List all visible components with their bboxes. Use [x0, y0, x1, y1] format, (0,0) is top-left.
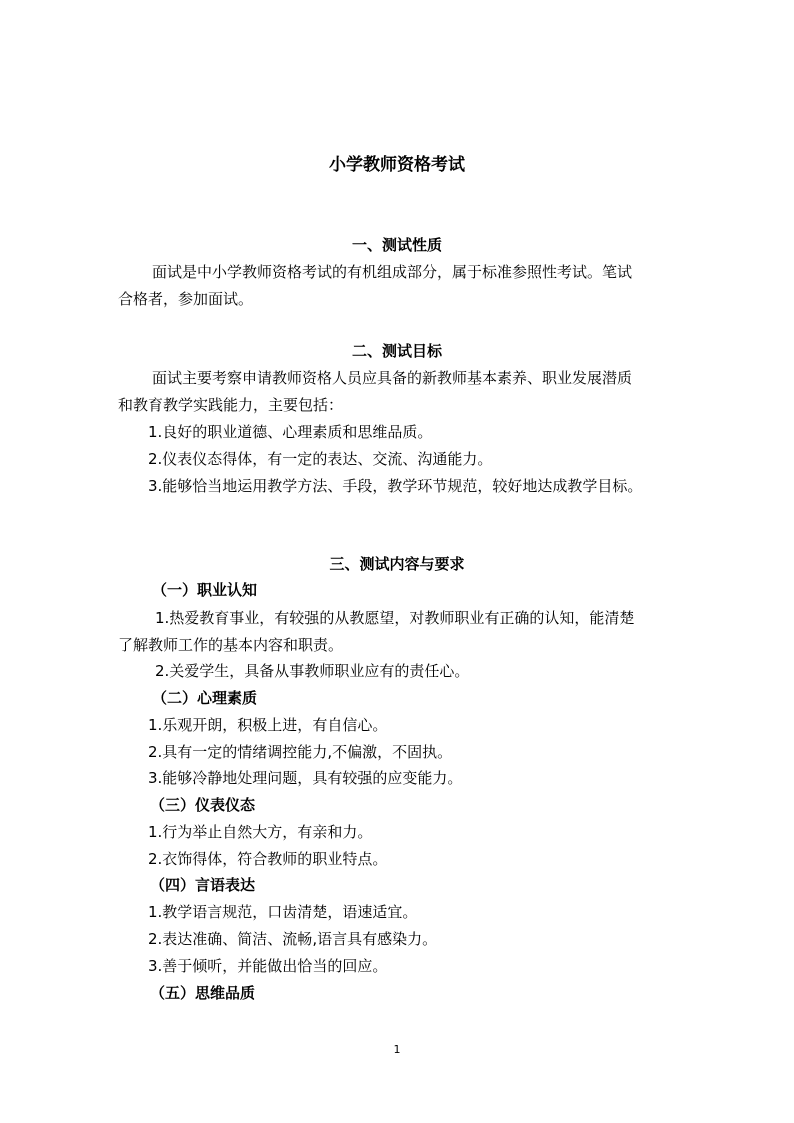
paragraph-line: 面试主要考察申请教师资格人员应具备的新教师基本素养、职业发展潜质 [152, 368, 632, 388]
list-item: 3.善于倾听，并能做出恰当的回应。 [148, 956, 387, 976]
list-item: 了解教师工作的基本内容和职责。 [118, 635, 343, 655]
section-heading-1: 一、测试性质 [0, 235, 794, 255]
subsection-heading: （二）心理素质 [152, 688, 257, 708]
subsection-heading: （五）思维品质 [150, 983, 255, 1003]
subsection-heading: （四）言语表达 [150, 875, 255, 895]
list-item: 1.良好的职业道德、心理素质和思维品质。 [148, 422, 432, 442]
paragraph-line: 和教育教学实践能力，主要包括： [118, 395, 343, 415]
list-item: 1.乐观开朗，积极上进，有自信心。 [148, 715, 387, 735]
list-item: 3.能够恰当地运用教学方法、手段，教学环节规范，较好地达成教学目标。 [148, 476, 642, 496]
list-item: 1.热爱教育事业，有较强的从教愿望，对教师职业有正确的认知，能清楚 [155, 608, 634, 628]
list-item: 2.具有一定的情绪调控能力,不偏激，不固执。 [148, 742, 452, 762]
section-heading-3: 三、测试内容与要求 [0, 554, 794, 574]
list-item: 2.表达准确、简洁、流畅,语言具有感染力。 [148, 929, 437, 949]
list-item: 2.关爱学生，具备从事教师职业应有的责任心。 [155, 661, 469, 681]
list-item: 1.行为举止自然大方，有亲和力。 [148, 822, 372, 842]
list-item: 2.仪表仪态得体，有一定的表达、交流、沟通能力。 [148, 449, 492, 469]
document-title: 小学教师资格考试 [0, 155, 794, 175]
section-heading-2: 二、测试目标 [0, 341, 794, 361]
subsection-heading: （三）仪表仪态 [150, 795, 255, 815]
subsection-heading: （一）职业认知 [152, 580, 257, 600]
paragraph-line: 合格者，参加面试。 [118, 289, 253, 309]
paragraph-line: 面试是中小学教师资格考试的有机组成部分，属于标准参照性考试。笔试 [152, 262, 632, 282]
list-item: 1.教学语言规范，口齿清楚，语速适宜。 [148, 902, 417, 922]
page-number: 1 [0, 1040, 794, 1060]
list-item: 3.能够冷静地处理问题，具有较强的应变能力。 [148, 768, 462, 788]
list-item: 2.衣饰得体，符合教师的职业特点。 [148, 849, 387, 869]
